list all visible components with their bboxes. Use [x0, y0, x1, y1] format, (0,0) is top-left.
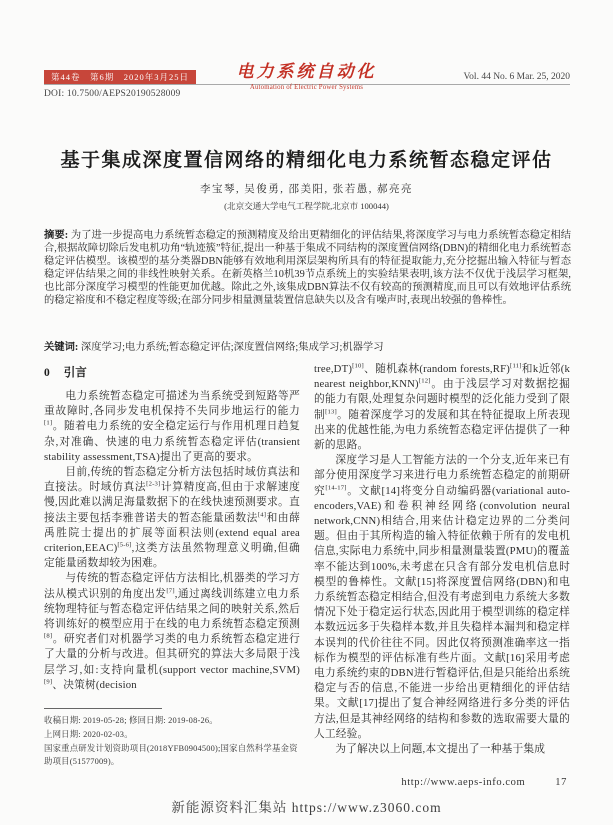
affiliation-line: (北京交通大学电气工程学院,北京市 100044) — [0, 200, 613, 212]
abstract-label: 摘要: — [44, 230, 68, 241]
intro-paragraph-6: 为了解决以上问题,本文提出了一种基于集成 — [314, 742, 570, 757]
footnote-received-date: 收稿日期: 2019-05-28; 修回日期: 2019-08-26。 — [44, 714, 298, 728]
section-number: 0 — [44, 367, 50, 379]
journal-url: http://www.aeps-info.com — [401, 777, 525, 788]
volume-info: Vol. 44 No. 6 Mar. 25, 2020 — [464, 72, 570, 82]
section-0-heading: 0引言 — [44, 364, 300, 380]
page-number: 17 — [555, 777, 567, 788]
paper-title: 基于集成深度置信网络的精细化电力系统暂态稳定评估 — [0, 145, 613, 172]
right-column: tree,DT)[10]、随机森林(random forests,RF)[11]… — [314, 362, 570, 786]
intro-paragraph-4: tree,DT)[10]、随机森林(random forests,RF)[11]… — [314, 362, 570, 453]
abstract-paragraph: 摘要: 为了进一步提高电力系统暂态稳定的预测精度及给出更精细化的评估结果,将深度… — [44, 229, 571, 307]
watermark-text: 新能源资料汇集站 https://www.z3060.com — [0, 796, 613, 816]
keywords-label: 关键词: — [44, 342, 78, 353]
keywords-line: 关键词: 深度学习;电力系统;暂态稳定评估;深度置信网络;集成学习;机器学习 — [44, 341, 571, 354]
footnote-rule — [44, 708, 162, 709]
footnote-online-date: 上网日期: 2020-02-03。 — [44, 728, 298, 742]
footnote-funding: 国家重点研发计划资助项目(2018YFB0904500);国家自然科学基金资助项… — [44, 742, 298, 770]
keywords-text: 深度学习;电力系统;暂态稳定评估;深度置信网络;集成学习;机器学习 — [81, 342, 384, 353]
authors-line: 李宝琴, 吴俊勇, 邵美阳, 张若愚, 郝亮亮 — [0, 181, 613, 196]
intro-paragraph-2: 目前,传统的暂态稳定分析方法包括时域仿真法和直接法。时域仿真法[2-3]计算精度… — [44, 465, 300, 571]
paper-page: 第44卷 第6期 2020年3月25日 DOI: 10.7500/AEPS201… — [0, 0, 613, 825]
section-title: 引言 — [64, 367, 87, 379]
page-footer: http://www.aeps-info.com 17 — [401, 777, 567, 788]
journal-logo-en: Automation of Electric Power Systems — [0, 84, 613, 91]
intro-paragraph-1: 电力系统暂态稳定可描述为当系统受到短路等严重故障时,各同步发电机保持不失同步地运… — [44, 389, 300, 465]
intro-paragraph-3: 与传统的暂态稳定评估方法相比,机器类的学习方法从模式识别的角度出发[7],通过离… — [44, 571, 300, 693]
abstract-text: 为了进一步提高电力系统暂态稳定的预测精度及给出更精细化的评估结果,将深度学习与电… — [44, 230, 571, 306]
footnote-block: 收稿日期: 2019-05-28; 修回日期: 2019-08-26。 上网日期… — [44, 708, 298, 769]
intro-paragraph-5: 深度学习是人工智能方法的一个分支,近年来已有部分使用深度学习来进行电力系统暂态稳… — [314, 453, 570, 742]
